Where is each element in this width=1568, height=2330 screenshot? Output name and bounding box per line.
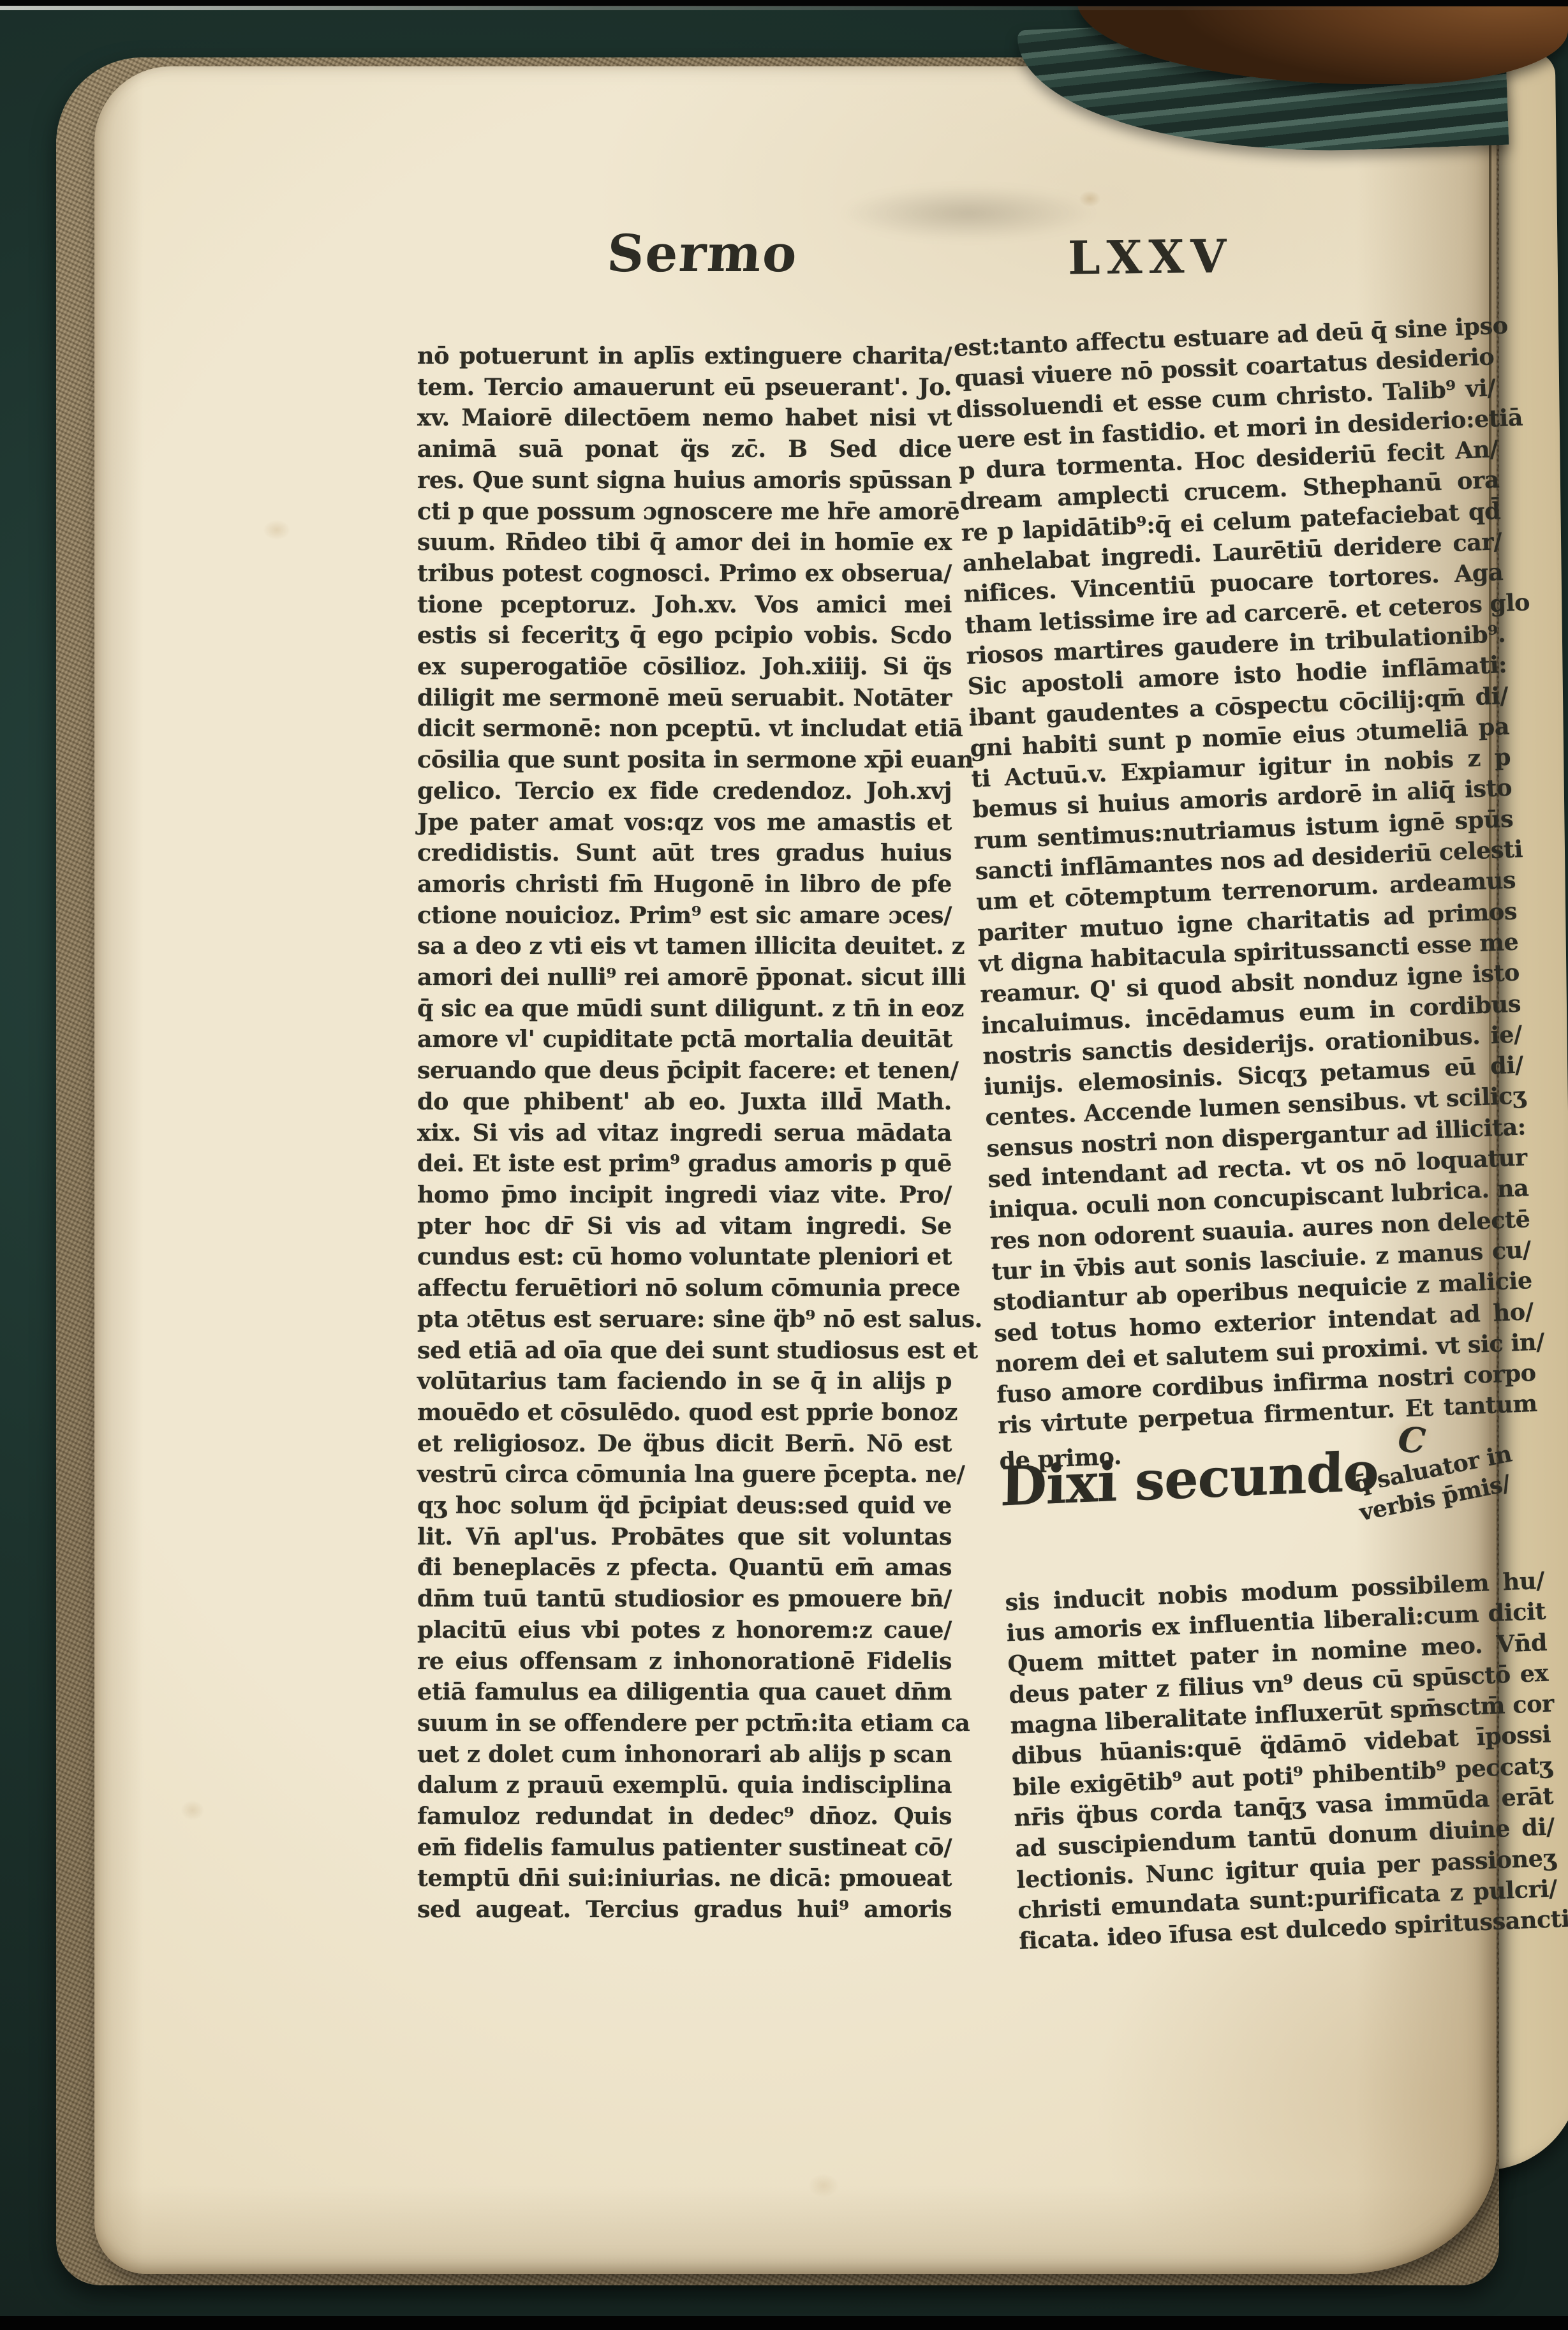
- text-line: tribus potest cognosci. Primo ex obserua…: [417, 558, 952, 590]
- book-page: Sermo LXXV nō potuerunt in aplīs extingu…: [94, 66, 1497, 2274]
- text-line: animā suā ponat q̈s zc̄. B Sed dice: [417, 434, 952, 465]
- text-line: cundus est: cū homo voluntate pleniori e…: [417, 1242, 952, 1273]
- text-line: pta ɔtētus est seruare: sine q̈b⁹ nō est…: [417, 1304, 952, 1335]
- text-line: cōsilia que sunt posita in sermone xp̄i …: [417, 745, 952, 776]
- section-heading-block: Dixi secundo q̄ saluator in verbis p̄mis…: [1000, 1458, 1544, 1588]
- paraph-mark: C: [1397, 1423, 1426, 1456]
- text-line: res. Que sunt signa huius amoris spūssan: [417, 465, 952, 496]
- text-line: ctione nouicioz. Prim⁹ est sic amare ɔce…: [417, 900, 952, 931]
- right-column-upper-lines: est:tanto affectu estuare ad deū q̄ sine…: [953, 311, 1538, 1441]
- text-line: nō potuerunt in aplīs extinguere charita…: [417, 341, 952, 372]
- text-line: credidistis. Sunt aūt tres gradus huius: [417, 838, 952, 869]
- text-line: dalum z prauū exemplū. quia indisciplina: [417, 1770, 952, 1801]
- text-line: dn̄m tuū tantū studiosior es pmouere bn̄…: [417, 1584, 952, 1615]
- text-line: em̄ fidelis famulus patienter sustineat …: [417, 1832, 952, 1864]
- text-line: homo p̄mo incipit ingredi viaz vite. Pro…: [417, 1180, 952, 1211]
- text-line: famuloz redundat in dedec⁹ dn̄oz. Quis: [417, 1801, 952, 1832]
- text-line: seruando que deus p̄cipit facere: et ten…: [417, 1055, 952, 1087]
- text-line: sa a deo z vti eis vt tamen illicita deu…: [417, 931, 952, 962]
- header-page-number: LXXV: [1068, 229, 1233, 285]
- text-line: qʒ hoc solum q̈d p̄cipiat deus:sed quid …: [417, 1490, 952, 1522]
- text-line: đi beneplacēs z pfecta. Quantū em̄ amas: [417, 1552, 952, 1584]
- text-line: do que phibent' ab eo. Juxta illd̄ Math.: [417, 1087, 952, 1118]
- text-line: estis si feceritʒ q̄ ego pcipio vobis. S…: [417, 620, 952, 651]
- text-line: suum. Rn̄deo tibi q̄ amor dei in homīe e…: [417, 527, 952, 558]
- text-line: amori dei nulli⁹ rei amorē p̄ponat. sicu…: [417, 962, 952, 993]
- text-line: ex superogatiōe cōsilioz. Joh.xiiij. Si …: [417, 651, 952, 683]
- scan-glare-strip: [0, 6, 1568, 10]
- text-line: mouēdo et cōsulēdo. quod est pprie bonoz: [417, 1397, 952, 1428]
- text-column-left: nō potuerunt in aplīs extinguere charita…: [417, 341, 952, 1926]
- text-line: placitū eius vbi potes z honorem:z caue/: [417, 1615, 952, 1646]
- text-line: dicit sermonē: non pceptū. vt includat e…: [417, 713, 952, 745]
- text-line: xv. Maiorē dilectōem nemo habet nisi vt: [417, 403, 952, 434]
- scan-border-bottom: [0, 2316, 1568, 2330]
- text-line: sed augeat. Tercius gradus hui⁹ amoris: [417, 1894, 952, 1926]
- section-heading-dixi-secundo: Dixi secundo: [1000, 1456, 1379, 1503]
- text-line: suum in se offendere per pctm̄:ita etiam…: [417, 1708, 952, 1739]
- text-line: tem. Tercio amauerunt eū pseuerant'. Jo.: [417, 372, 952, 403]
- text-line: pter hoc dr̄ Si vis ad vitam ingredi. Se: [417, 1211, 952, 1242]
- text-line: Jpe pater amat vos:qz vos me amastis et: [417, 807, 952, 838]
- text-line: volūtarius tam faciendo in se q̄ in alij…: [417, 1366, 952, 1397]
- text-line: affectu feruētiori nō solum cōmunia prec…: [417, 1273, 952, 1304]
- text-line: amore vl' cupiditate pctā mortalia deuit…: [417, 1024, 952, 1055]
- text-line: et religiosoz. De q̈bus dicit Bern̄. Nō …: [417, 1428, 952, 1460]
- text-line: sed etiā ad oīa que dei sunt studiosus e…: [417, 1335, 952, 1367]
- text-line: tione pceptoruz. Joh.xv. Vos amici mei: [417, 590, 952, 621]
- text-line: cti p que possum ɔgnoscere me hr̄e amorē: [417, 496, 952, 528]
- text-line: xix. Si vis ad vitaz ingredi serua mādat…: [417, 1118, 952, 1149]
- right-column-lower-lines: sis inducit nobis modum possibilem hu/iu…: [1005, 1566, 1559, 1957]
- text-line: vestrū circa cōmunia lna guere p̄cepta. …: [417, 1459, 952, 1490]
- text-column-right: est:tanto affectu estuare ad deū q̄ sine…: [953, 311, 1559, 1957]
- text-line: q̄ sic ea que mūdi sunt diligunt. z tn̄ …: [417, 993, 952, 1025]
- text-line: lit. Vn̄ apl'us. Probātes que sit volunt…: [417, 1522, 952, 1553]
- text-line: re eius offensam z inhonorationē Fidelis: [417, 1646, 952, 1677]
- text-line: dei. Et iste est prim⁹ gradus amoris p q…: [417, 1148, 952, 1180]
- text-line: amoris christi fm̄ Hugonē in libro de pf…: [417, 869, 952, 900]
- text-line: temptū dn̄i sui:iniurias. ne dicā: pmoue…: [417, 1863, 952, 1894]
- text-line: gelico. Tercio ex fide credendoz. Joh.xv…: [417, 776, 952, 807]
- text-line: diligit me sermonē meū seruabit. Notāter: [417, 683, 952, 714]
- text-line: etiā famulus ea diligentia qua cauet dn̄…: [417, 1677, 952, 1708]
- scanned-book-photo: Sermo LXXV nō potuerunt in aplīs extingu…: [0, 0, 1568, 2330]
- text-line: uet z dolet cum inhonorari ab alijs p sc…: [417, 1739, 952, 1770]
- header-title: Sermo: [605, 223, 800, 283]
